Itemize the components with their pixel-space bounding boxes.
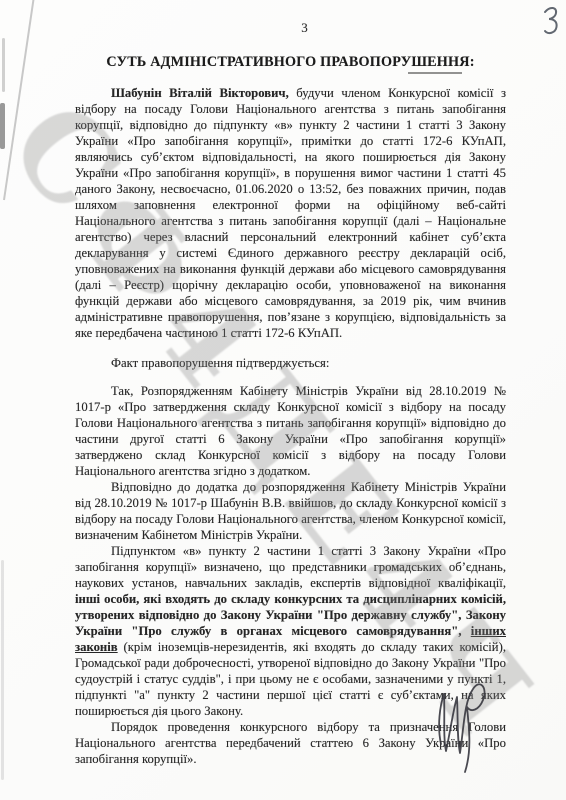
paragraph-cabinet-order: Так, Розпорядженням Кабінету Міністрів У…	[75, 383, 506, 479]
page-number: 3	[103, 20, 506, 36]
document-title: СУТЬ АДМІНІСТРАТИВНОГО ПРАВОПОРУШЕННЯ:	[75, 54, 506, 71]
scan-edge-mark	[0, 103, 5, 149]
scan-edge-mark	[2, 38, 5, 92]
scanned-document-page: СФ4ДЕ4Ч 3 СУТЬ АДМІНІСТРАТИВНОГО ПРАВОПО…	[0, 0, 566, 800]
signature-scribble	[430, 680, 492, 784]
paragraph-offense-description: Шабунін Віталій Вікторович, будучи члено…	[75, 85, 506, 341]
handwritten-page-number	[542, 5, 562, 41]
paragraph-annex-membership: Відповідно до додатка до розпорядження К…	[75, 479, 506, 543]
document-body: 3 СУТЬ АДМІНІСТРАТИВНОГО ПРАВОПОРУШЕННЯ:…	[75, 20, 506, 767]
scan-edge-mark	[1, 560, 4, 780]
paragraph-fact-confirmed: Факт правопорушення підтверджується:	[75, 355, 506, 371]
